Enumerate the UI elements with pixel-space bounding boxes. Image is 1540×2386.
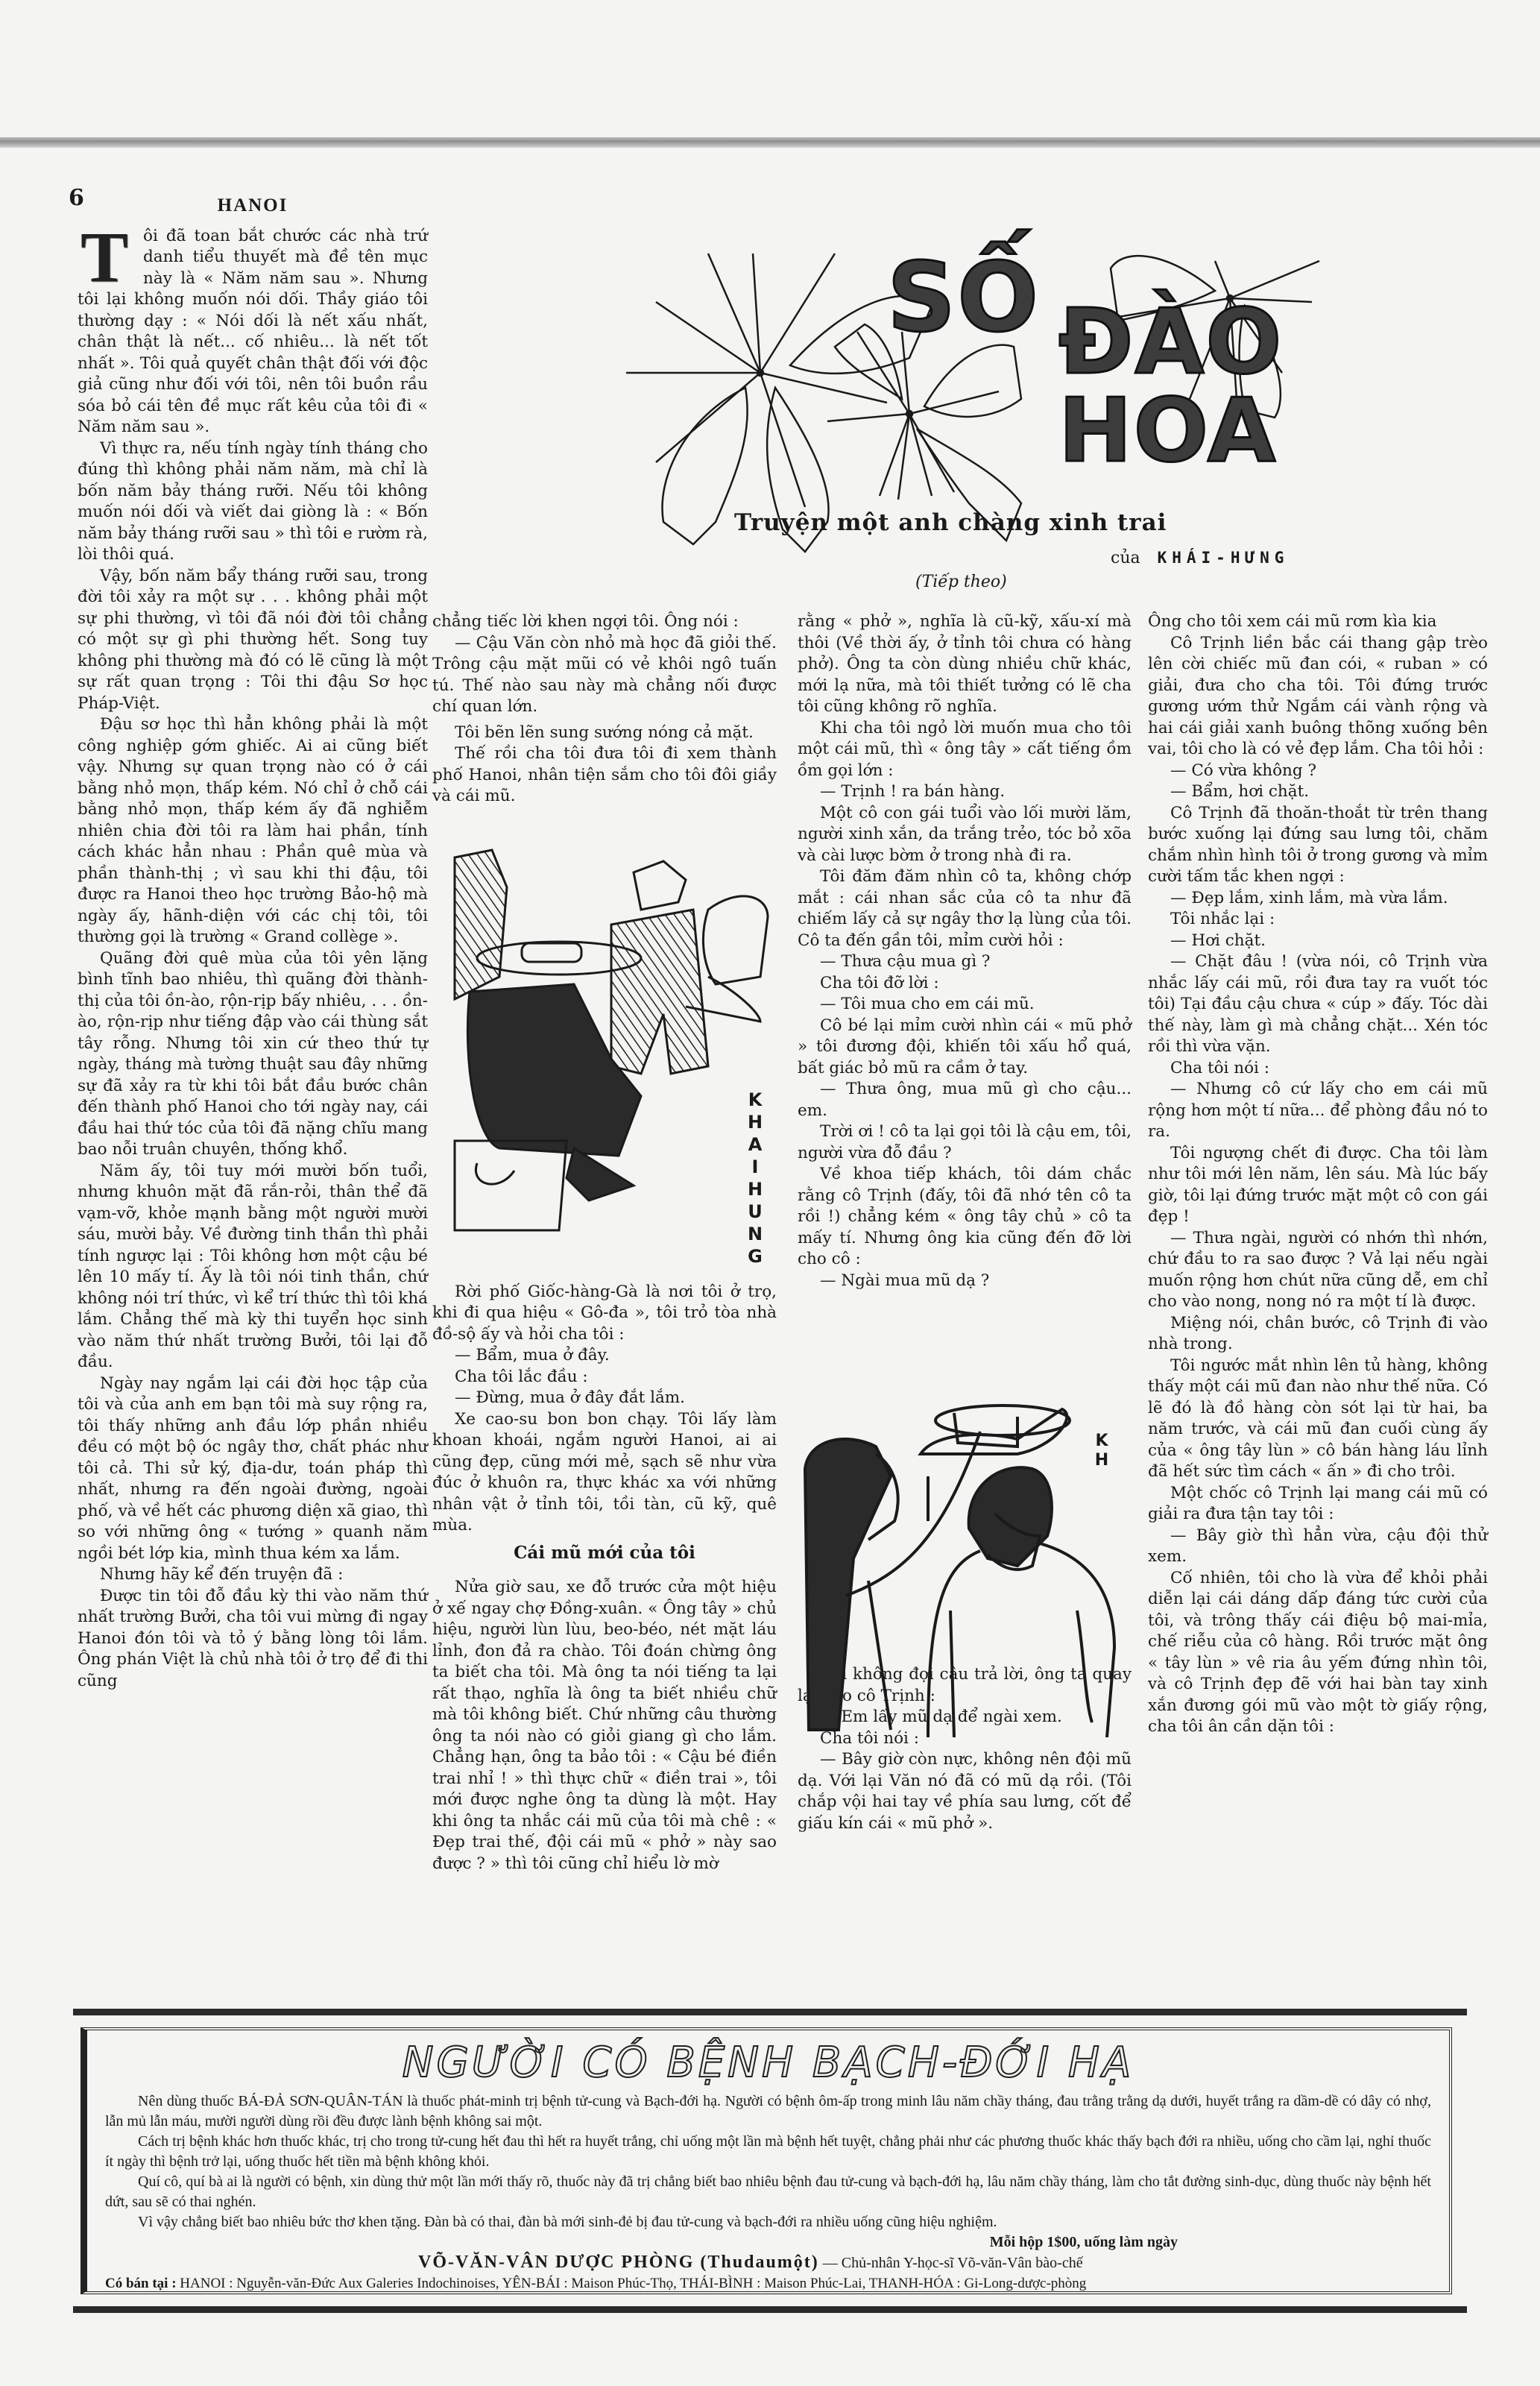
paragraph: Được tin tôi đỗ đầu kỳ thi vào năm thứ n…: [78, 1586, 428, 1693]
paragraph: Tôi ngượng chết đi được. Cha tôi làm như…: [1148, 1143, 1488, 1228]
continued-label: (Tiếp theo): [915, 573, 1007, 591]
advertisement-inner: NGƯỜI CÓ BỆNH BẠCH-ĐỚI HẠ Nên dùng thuốc…: [81, 2027, 1452, 2294]
paragraph: Trời ơi ! cô ta lại gọi tôi là cậu em, t…: [798, 1121, 1132, 1164]
author-name: KHÁI-HƯNG: [1158, 549, 1290, 567]
paragraph: Ông cho tôi xem cái mũ rơm kìa kia: [1148, 611, 1488, 633]
paragraph: Vậy, bốn năm bẩy tháng rưỡi sau, trong đ…: [78, 566, 428, 715]
paragraph: Quãng đời quê mùa của tôi yên lặng bình …: [78, 948, 428, 1161]
paragraph: Tôi bẽn lẽn sung sướng nóng cả mặt.: [432, 723, 777, 744]
paragraph: — Trịnh ! ra bán hàng.: [798, 781, 1132, 803]
paragraph: Thế rồi cha tôi đưa tôi đi xem thành phố…: [432, 743, 777, 808]
illustration-signature: KH: [1092, 1432, 1111, 1470]
paragraph: Cô bé lại mỉm cười nhìn cái « mũ phở » t…: [798, 1016, 1132, 1080]
column-1: HANOI T ôi đã toan bắt chước các nhà trứ…: [78, 195, 428, 1692]
column-4: Ông cho tôi xem cái mũ rơm kìa kia Cô Tr…: [1148, 611, 1488, 1738]
paragraph: — Bây giờ còn nực, không nên đội mũ dạ. …: [798, 1749, 1132, 1834]
paragraph: Nửa giờ sau, xe đỗ trước cửa một hiệu ở …: [432, 1577, 777, 1875]
paragraph: — Đẹp lắm, xinh lắm, mà vừa lắm.: [1148, 888, 1488, 910]
section-title: HANOI: [78, 195, 428, 217]
title-word-hoa: HOA: [1058, 379, 1277, 482]
paragraph: Tôi nhắc lại :: [1148, 909, 1488, 931]
story-subtitle: Truyện một anh chàng xinh trai: [734, 509, 1167, 536]
ad-paragraph: Cách trị bệnh khác hơn thuốc khác, trị c…: [105, 2132, 1431, 2172]
byline-prefix: của: [1111, 549, 1140, 567]
paragraph: Khi cha tôi ngỏ lời muốn mua cho tôi một…: [798, 718, 1132, 782]
paragraph: — Thưa ngài, người có nhớn thì nhớn, chứ…: [1148, 1228, 1488, 1313]
paragraph: Một cô con gái tuổi vào lối mười lăm, ng…: [798, 803, 1132, 867]
paragraph: — Cậu Văn còn nhỏ mà học đã giỏi thế. Tr…: [432, 633, 777, 718]
paragraph: Cha tôi nói :: [1148, 1058, 1488, 1080]
paragraph: Về khoa tiếp khách, tôi dám chắc rằng cô…: [798, 1164, 1132, 1271]
illustration-trying-hat: KH: [794, 1387, 1152, 1737]
drop-cap: T: [81, 229, 128, 286]
ad-paragraph: Vì vậy chẳng biết bao nhiêu bức thơ khen…: [105, 2212, 1431, 2232]
paragraph: Một chốc cô Trịnh lại mang cái mũ có giả…: [1148, 1483, 1488, 1526]
ad-paragraph: Quí cô, quí bà ai là người có bệnh, xin …: [105, 2172, 1431, 2212]
paragraph: — Chặt đâu ! (vừa nói, cô Trịnh vừa nhắc…: [1148, 951, 1488, 1058]
paragraph: Cô Trịnh liền bắc cái thang gập trèo lên…: [1148, 633, 1488, 761]
paragraph: — Bẩm, hơi chặt.: [1148, 781, 1488, 803]
paragraph: — Đừng, mua ở đây đắt lắm.: [432, 1388, 777, 1409]
top-rule-divider: [0, 137, 1540, 148]
paragraph: — Có vừa không ?: [1148, 761, 1488, 782]
paragraph: Tôi đăm đăm nhìn cô ta, không chớp mắt :…: [798, 866, 1132, 951]
paragraph: Ngày nay ngắm lại cái đời học tập của tô…: [78, 1373, 428, 1565]
illustration-figures-icon: [440, 828, 790, 1282]
ad-paragraph: Nên dùng thuốc BÁ-ĐẢ SƠN-QUÂN-TÁN là thu…: [105, 2091, 1431, 2132]
ad-maker-note: — Chủ-nhân Y-học-sĩ Võ-văn-Vân bào-chế: [823, 2255, 1083, 2271]
illustration-signature: KHAI HUNG: [745, 1089, 765, 1268]
ad-sold-at-line: Có bán tại : HANOI : Nguyễn-văn-Đức Aux …: [105, 2273, 1431, 2294]
paragraph: Xe cao-su bon bon chạy. Tôi lấy làm khoa…: [432, 1409, 777, 1537]
ad-maker: VÕ-VĂN-VÂN DƯỢC PHÒNG (Thudaumột): [418, 2253, 819, 2272]
byline: của KHÁI-HƯNG: [1111, 549, 1289, 567]
paragraph: rằng « phở », nghĩa là cũ-kỹ, xấu-xí mà …: [798, 611, 1132, 718]
paragraph: Tôi ngước mắt nhìn lên tủ hàng, không th…: [1148, 1356, 1488, 1483]
paragraph: Đậu sơ học thì hẳn không phải là một côn…: [78, 714, 428, 948]
paragraph: — Thưa cậu mua gì ?: [798, 951, 1132, 973]
paragraph: Cố nhiên, tôi cho là vừa để khỏi phải di…: [1148, 1568, 1488, 1738]
illustration-hat-shop: KHAI HUNG: [440, 828, 790, 1282]
paragraph: ôi đã toan bắt chước các nhà trứ danh ti…: [78, 226, 428, 438]
ad-sold-at-label: Có bán tại :: [105, 2276, 177, 2291]
ad-sold-at: HANOI : Nguyễn-văn-Đức Aux Galeries Indo…: [180, 2276, 1086, 2291]
paragraph: — Ngài mua mũ dạ ?: [798, 1271, 1132, 1292]
ad-maker-line: VÕ-VĂN-VÂN DƯỢC PHÒNG (Thudaumột) — Chủ-…: [105, 2253, 1431, 2273]
paragraph: Nhưng hãy kể đến truyện đã :: [78, 1564, 428, 1586]
paragraph: — Nhưng cô cứ lấy cho em cái mũ rộng hơn…: [1148, 1079, 1488, 1143]
paragraph: Năm ấy, tôi tuy mới mười bốn tuổi, nhưng…: [78, 1161, 428, 1373]
ad-headline: NGƯỜI CÓ BỆNH BẠCH-ĐỚI HẠ: [105, 2041, 1431, 2086]
paragraph: Rời phố Giốc-hàng-Gà là nơi tôi ở trọ, k…: [432, 1282, 777, 1346]
title-word-so: SỐ: [887, 242, 1040, 353]
paragraph: Cha tôi lắc đầu :: [432, 1367, 777, 1388]
paragraph: Cha tôi đỡ lời :: [798, 973, 1132, 995]
paragraph: Miệng nói, chân bước, cô Trịnh đi vào nh…: [1148, 1313, 1488, 1356]
paragraph: — Thưa ông, mua mũ gì cho cậu... em.: [798, 1079, 1132, 1121]
paragraph: chẳng tiếc lời khen ngợi tôi. Ông nói :: [432, 611, 777, 633]
advertisement-box: NGƯỜI CÓ BỆNH BẠCH-ĐỚI HẠ Nên dùng thuốc…: [73, 2009, 1467, 2313]
paragraph: — Bây giờ thì hẳn vừa, cậu đội thử xem.: [1148, 1526, 1488, 1568]
paragraph: — Bẩm, mua ở đây.: [432, 1345, 777, 1367]
ad-price: Mỗi hộp 1$00, uống làm ngày: [105, 2232, 1431, 2253]
paragraph: — Hơi chặt.: [1148, 931, 1488, 952]
paragraph: Vì thực ra, nếu tính ngày tính tháng cho…: [78, 438, 428, 566]
subheading: Cái mũ mới của tôi: [432, 1543, 777, 1564]
paragraph: Cô Trịnh đã thoăn-thoắt từ trên thang bư…: [1148, 803, 1488, 888]
paragraph: — Tôi mua cho em cái mũ.: [798, 994, 1132, 1016]
